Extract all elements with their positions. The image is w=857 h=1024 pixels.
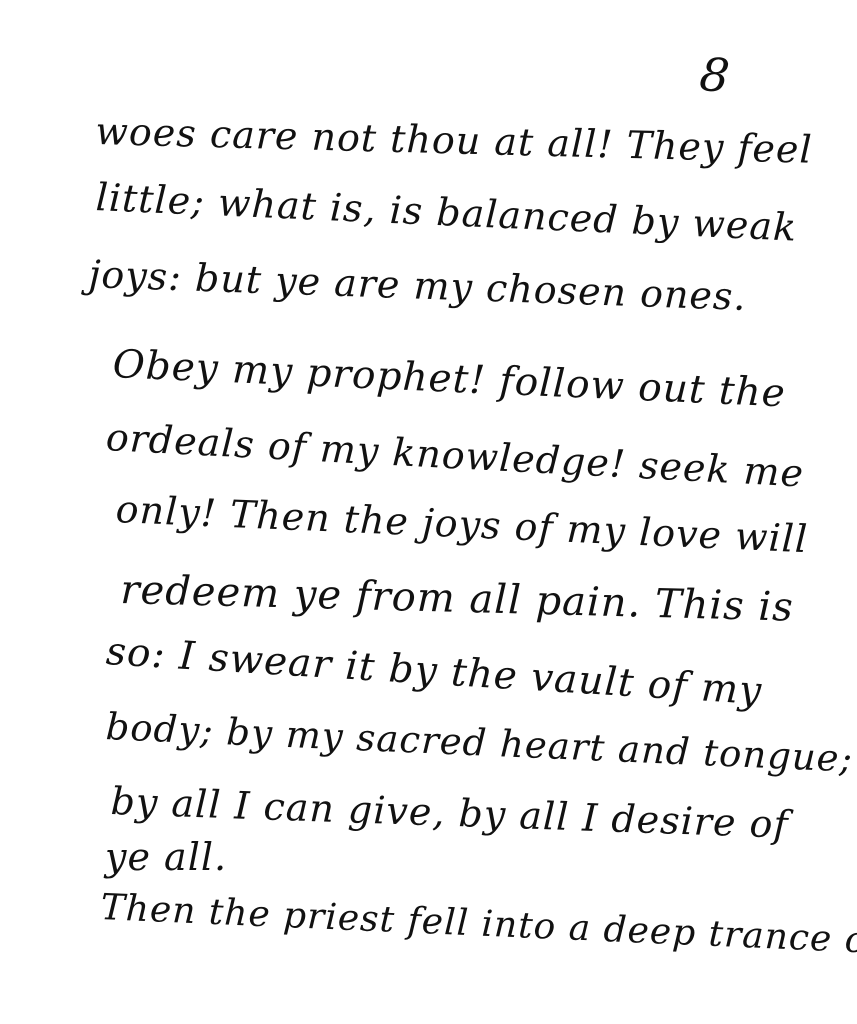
handwritten-line: body; by my sacred heart and tongue; [105,708,854,778]
handwritten-line: ordeals of my knowledge! seek me [105,418,805,493]
page-number: 8 [698,51,732,100]
handwritten-line: ye all. [105,838,227,876]
handwritten-line: Obey my prophet! follow out the [112,345,787,413]
handwritten-line: redeem ye from all pain. This is [120,570,794,628]
handwritten-line: joys: but ye are my chosen ones. [88,255,747,316]
handwritten-line: woes care not thou at all! They feel [95,112,813,169]
handwritten-line: only! Then the joys of my love will [115,490,809,558]
handwritten-line: so: I swear it by the vault of my [105,632,763,711]
manuscript-page: 8 woes care not thou at all! They feel l… [0,0,857,1024]
handwritten-line: little; what is, is balanced by weak [95,178,798,247]
handwritten-line: Then the priest fell into a deep trance … [100,890,857,960]
